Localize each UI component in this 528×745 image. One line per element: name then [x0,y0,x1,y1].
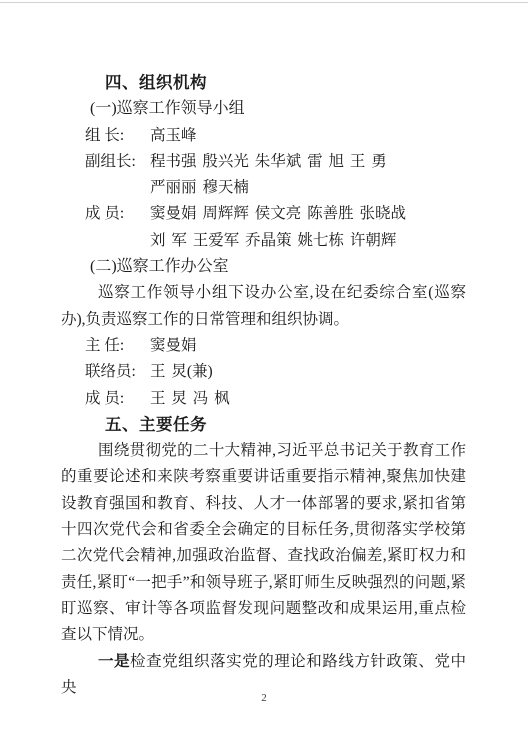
roster-label: 组 长: [85,123,124,149]
roster-label: 主 任: [85,333,124,359]
roster-names: 程书强 殷兴光 朱华斌 雷 旭 王 勇 [150,153,387,170]
office-description-paragraph: 巡察工作领导小组下设办公室,设在纪委综合室(巡察办),负责巡察工作的日常管理和组… [61,280,466,333]
roster-names: 窦曼娟 周辉辉 侯文亮 陈善胜 张晓战 [150,205,406,222]
roster-row-office-members: 成 员: 王 炅 冯 枫 [61,386,466,412]
roster-names: 高玉峰 [150,127,197,144]
item-one-lead: 一是 [98,653,130,670]
roster-names: 刘 军 王爱军 乔晶策 姚七栋 许朝辉 [150,232,396,249]
roster-row-members: 成 员: 窦曼娟 周辉辉 侯文亮 陈善胜 张晓战 [61,201,466,227]
document-body: 四、组织机构 (一)巡察工作领导小组 组 长: 高玉峰 副组长: 程书强 殷兴光… [61,70,466,701]
roster-names: 王 炅 冯 枫 [150,390,230,407]
roster-label: 副组长: [85,149,136,175]
roster-label: 联络员: [85,359,136,385]
roster-row-deputy-leaders-cont: 严丽丽 穆天楠 [61,175,466,201]
document-page: { "colors": { "text": "#1c1c1c", "backgr… [0,0,528,745]
page-number: 2 [0,692,528,704]
roster-row-office-liaison: 联络员: 王 炅(兼) [61,359,466,385]
roster-row-deputy-leaders: 副组长: 程书强 殷兴光 朱华斌 雷 旭 王 勇 [61,149,466,175]
roster-label: 成 员: [85,386,124,412]
roster-names: 王 炅(兼) [150,363,213,380]
main-tasks-paragraph: 围绕贯彻党的二十大精神,习近平总书记关于教育工作的重要论述和来陕考察重要讲话重要… [61,438,466,648]
section-heading-main-tasks: 五、主要任务 [61,412,466,438]
subheading-leading-group: (一)巡察工作领导小组 [61,96,466,122]
roster-names: 窦曼娟 [150,337,197,354]
roster-row-leader: 组 长: 高玉峰 [61,123,466,149]
roster-row-office-director: 主 任: 窦曼娟 [61,333,466,359]
subheading-office: (二)巡察工作办公室 [61,254,466,280]
roster-row-members-cont: 刘 军 王爱军 乔晶策 姚七栋 许朝辉 [61,228,466,254]
roster-label: 成 员: [85,201,124,227]
page-top-edge [0,2,528,3]
section-heading-organization: 四、组织机构 [61,70,466,96]
roster-names: 严丽丽 穆天楠 [150,179,249,196]
